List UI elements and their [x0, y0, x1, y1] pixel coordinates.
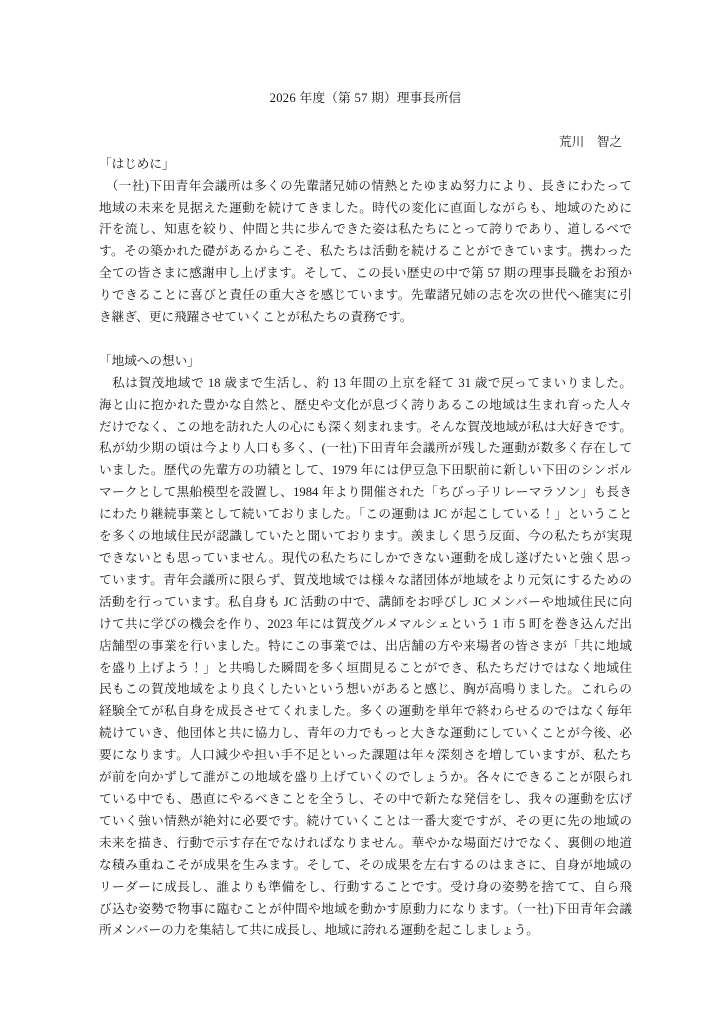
text-line: 全ての皆さまに感謝申し上げます。そして、この長い歴史の中で第 57 期の理事長職… [99, 263, 632, 285]
text-line: ています。青年会議所に限らず、賀茂地域では様々な諸団体が地域をより元気にするため… [99, 570, 632, 592]
text-line: リーダーに成長し、誰よりも準備をし、行動することです。受け身の姿勢を捨てて、自ら… [99, 877, 632, 899]
section-heading: 「はじめに」 [99, 154, 632, 176]
text-line: いました。歴代の先輩方の功績として、1979 年には伊豆急下田駅前に新しい下田の… [99, 460, 632, 482]
text-line: りできることに喜びと責任の重大さを感じています。先輩諸兄姉の志を次の世代へ確実に… [99, 285, 632, 307]
blank-line [99, 110, 632, 132]
text-line: 汗を流し、知恵を絞り、仲間と共に歩んできた姿は私たちにとって誇りであり、道しるべ… [99, 219, 632, 241]
author-name: 荒川 智之 [99, 132, 632, 154]
text-line: ている中でも、愚直にやるべきことを全うし、その中で新たな発信をし、我々の運動を広… [99, 789, 632, 811]
text-line: 店舗型の事業を行いました。特にこの事業では、出店舗の方や来場者の皆さまが「共に地… [99, 636, 632, 658]
text-line: にわたり継続事業として続いておりました。「この運動は JC が起こしている！」と… [99, 504, 632, 526]
text-line: 海と山に抱かれた豊かな自然と、歴史や文化が息づく誇りあるこの地域は生まれ育った人… [99, 395, 632, 417]
section-heading: 「地域への想い」 [99, 351, 632, 373]
text-line: マークとして黒船模型を設置し、1984 年より開催された「ちびっ子リレーマラソン… [99, 482, 632, 504]
text-line: 私は賀茂地域で 18 歳まで生活し、約 13 年間の上京を経て 31 歳で戻って… [99, 373, 632, 395]
text-line: 活動を行っています。私自身も JC 活動の中で、講師をお呼びし JC メンバーや… [99, 592, 632, 614]
text-line: できないとも思っていません。現代の私たちにしかできない運動を成し遂げたいと強く思… [99, 548, 632, 570]
text-line: び込む姿勢で物事に臨むことが仲間や地域を動かす原動力になります。（一社)下田青年… [99, 899, 632, 921]
text-line: 続けていき、他団体と共に協力し、青年の力でもっと大きな運動にしていくことが今後、… [99, 723, 632, 745]
text-line: 要になります。人口減少や担い手不足といった課題は年々深刻さを増していますが、私た… [99, 745, 632, 767]
blank-line [99, 329, 632, 351]
text-line: 所メンバーの力を集結して共に成長し、地域に誇れる運動を起こしましょう。 [99, 920, 632, 942]
document-sections: 「はじめに」 （一社)下田青年会議所は多くの先輩諸兄姉の情熱とたゆまぬ努力により… [99, 154, 632, 943]
document-page: 2026 年度（第 57 期）理事長所信 荒川 智之 「はじめに」 （一社)下田… [0, 0, 724, 1024]
text-line: す。その築かれた礎があるからこそ、私たちは活動を続けることができています。携わっ… [99, 241, 632, 263]
text-line: 民もこの賀茂地域をより良くしたいという想いがあると感じ、胸が高鳴りました。これら… [99, 679, 632, 701]
text-line: き継ぎ、更に飛躍させていくことが私たちの責務です。 [99, 307, 632, 329]
text-line: な積み重ねこそが成果を生みます。そして、その成果を左右するのはまさに、自身が地域… [99, 855, 632, 877]
text-line: 未来を描き、行動で示す存在でなければなりません。華やかな場面だけでなく、裏側の地… [99, 833, 632, 855]
document-title: 2026 年度（第 57 期）理事長所信 [99, 88, 632, 110]
text-line: を盛り上げよう！」と共鳴した瞬間を多く垣間見ることができ、私たちだけではなく地域… [99, 658, 632, 680]
text-line: を多くの地域住民が認識していたと聞いております。羨ましく思う反面、今の私たちが実… [99, 526, 632, 548]
document-content: 2026 年度（第 57 期）理事長所信 荒川 智之 「はじめに」 （一社)下田… [99, 88, 632, 942]
text-line: 経験全てが私自身を成長させてくれました。多くの運動を単年で終わらせるのではなく毎… [99, 701, 632, 723]
text-line: ていく強い情熱が絶対に必要です。続けていくことは一番大変ですが、その更に先の地域… [99, 811, 632, 833]
text-line: （一社)下田青年会議所は多くの先輩諸兄姉の情熱とたゆまぬ努力により、長きにわたっ… [99, 176, 632, 198]
text-line: が前を向かずして誰がこの地域を盛り上げていくのでしょうか。各々にできることが限ら… [99, 767, 632, 789]
text-line: 私が幼少期の頃は今より人口も多く、(一社)下田青年会議所が残した運動が数多く存在… [99, 438, 632, 460]
text-line: 地域の未来を見据えた運動を続けてきました。時代の変化に直面しながらも、地域のため… [99, 198, 632, 220]
text-line: だけでなく、この地を訪れた人の心にも深く刻まれます。そんな賀茂地域が私は大好きで… [99, 417, 632, 439]
text-line: けて共に学びの機会を作り、2023 年には賀茂グルメマルシェという 1 市 5 … [99, 614, 632, 636]
